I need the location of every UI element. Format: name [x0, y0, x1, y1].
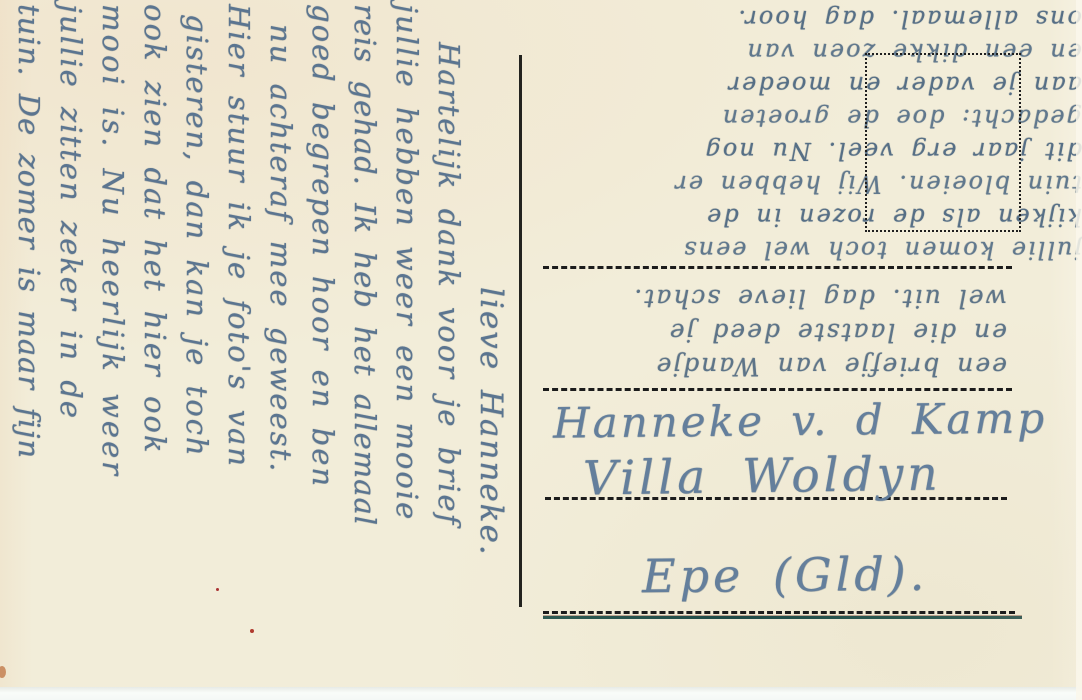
message-line: ons allemaal. dag hoor.	[537, 2, 1082, 35]
address-rule-2	[543, 388, 1012, 391]
scan-edge-bottom	[0, 687, 1082, 700]
address-house-name: Villa Woldyn	[583, 446, 942, 506]
postcard-back: lieve Hanneke. Hartelijk dank voor je br…	[0, 0, 1082, 700]
message-line: tuin. De zomer is maar fijn	[8, 4, 50, 696]
message-line: mooi is. Nu heerlijk weer	[92, 4, 134, 696]
message-line: Hartelijk dank voor je brief	[428, 4, 470, 696]
message-line: jullie komen toch wel eens	[537, 233, 1082, 266]
stamp-box-outline	[865, 53, 1021, 232]
message-line: ook zien dat het hier ook	[134, 4, 176, 696]
address-town: Epe (Gld).	[642, 547, 929, 603]
address-rule-1	[543, 266, 1012, 269]
scan-edge-right	[1076, 0, 1082, 700]
message-line: gisteren, dan kan je toch	[176, 4, 218, 696]
message-line: jullie hebben weer een mooie	[386, 4, 428, 696]
address-recipient-name: Hanneke v. d Kamp	[553, 393, 1048, 447]
message-line: goed begrepen hoor en ben	[302, 4, 344, 696]
message-line: nu achteraf mee geweest.	[260, 4, 302, 696]
message-line: en die laatste deed je	[545, 315, 1007, 349]
message-line: Hier stuur ik je foto's van	[218, 4, 260, 696]
message-left-column-rotated: lieve Hanneke. Hartelijk dank voor je br…	[4, 4, 512, 696]
center-divider-line	[519, 55, 522, 607]
message-line: lieve Hanneke.	[470, 4, 512, 696]
address-rule-4	[543, 611, 1015, 614]
message-line: reis gehad. Ik heb het allemaal	[344, 4, 386, 696]
paper-speck	[216, 588, 219, 591]
message-line: jullie zitten zeker in de	[50, 4, 92, 696]
message-line: wel uit. dag lieve schat.	[545, 281, 1007, 315]
message-line: een briefje van Wandje	[545, 349, 1007, 383]
message-upside-down-middle-block: een briefje van Wandje en die laatste de…	[545, 281, 1007, 383]
paper-speck	[250, 629, 254, 633]
bottom-accent-rule	[543, 616, 1022, 619]
